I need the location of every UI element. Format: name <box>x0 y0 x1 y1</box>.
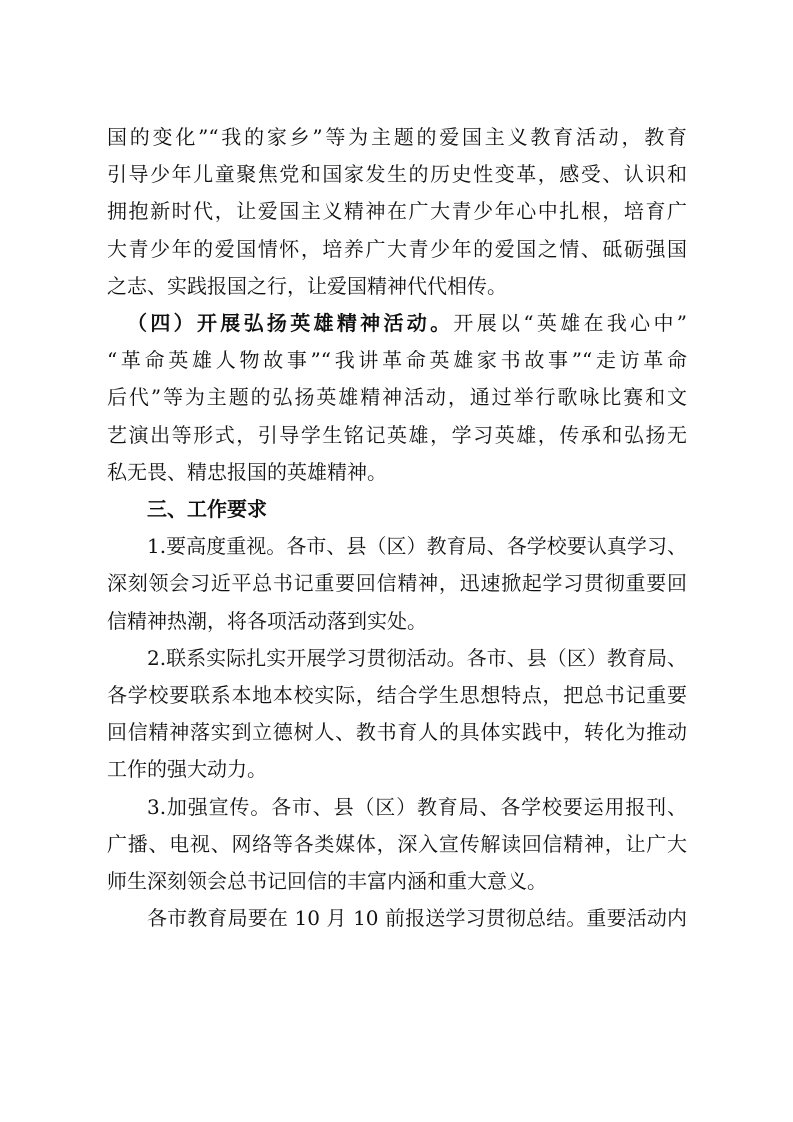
text-line: 之志、实践报国之行，让爱国精神代代相传。 <box>107 268 687 305</box>
text-line: 各市教育局要在 10 月 10 前报送学习贯彻总结。重要活动内 <box>107 900 687 937</box>
text-line: 拥抱新时代，让爱国主义精神在广大青少年心中扎根，培育广 <box>107 193 687 230</box>
text-line: 后代”等为主题的弘扬英雄精神活动，通过举行歌咏比赛和文 <box>107 379 687 416</box>
text-line: （四）开展弘扬英雄精神活动。开展以“英雄在我心中” <box>107 305 687 342</box>
item-3-publicity: 3.加强宣传。各市、县（区）教育局、各学校要运用报刊、 广播、电视、网络等各类媒… <box>107 789 687 901</box>
paragraph-patriotic-education: 国的变化”“我的家乡”等为主题的爱国主义教育活动，教育 引导少年儿童聚焦党和国家… <box>107 119 687 305</box>
text-line: 2.联系实际扎实开展学习贯彻活动。各市、县（区）教育局、 <box>107 640 687 677</box>
text-run: 开展以“英雄在我心中” <box>453 311 687 335</box>
text-line: 1.要高度重视。各市、县（区）教育局、各学校要认真学习、 <box>107 528 687 565</box>
paragraph-submission-deadline: 各市教育局要在 10 月 10 前报送学习贯彻总结。重要活动内 <box>107 900 687 937</box>
text-line: 回信精神落实到立德树人、教书育人的具体实践中，转化为推动 <box>107 714 687 751</box>
item-2-practical-activities: 2.联系实际扎实开展学习贯彻活动。各市、县（区）教育局、 各学校要联系本地本校实… <box>107 640 687 789</box>
text-line: 艺演出等形式，引导学生铭记英雄，学习英雄，传承和弘扬无 <box>107 417 687 454</box>
text-line: 大青少年的爱国情怀，培养广大青少年的爱国之情、砥砺强国 <box>107 231 687 268</box>
text-line: 各学校要联系本地本校实际，结合学生思想特点，把总书记重要 <box>107 677 687 714</box>
text-line: 广播、电视、网络等各类媒体，深入宣传解读回信精神，让广大 <box>107 826 687 863</box>
subsection-title: （四）开展弘扬英雄精神活动。 <box>127 311 453 335</box>
text-line: 私无畏、精忠报国的英雄精神。 <box>107 454 687 491</box>
section-heading: 三、工作要求 <box>107 491 687 528</box>
text-line: 国的变化”“我的家乡”等为主题的爱国主义教育活动，教育 <box>107 119 687 156</box>
text-line: 师生深刻领会总书记回信的丰富内涵和重大意义。 <box>107 863 687 900</box>
document-page: 国的变化”“我的家乡”等为主题的爱国主义教育活动，教育 引导少年儿童聚焦党和国家… <box>107 119 687 937</box>
text-line: 工作的强大动力。 <box>107 751 687 788</box>
item-1-high-priority: 1.要高度重视。各市、县（区）教育局、各学校要认真学习、 深刻领会习近平总书记重… <box>107 528 687 640</box>
paragraph-hero-spirit: （四）开展弘扬英雄精神活动。开展以“英雄在我心中” “革命英雄人物故事”“我讲革… <box>107 305 687 491</box>
text-line: “革命英雄人物故事”“我讲革命英雄家书故事”“走访革命 <box>107 342 687 379</box>
text-line: 引导少年儿童聚焦党和国家发生的历史性变革，感受、认识和 <box>107 156 687 193</box>
text-line: 信精神热潮，将各项活动落到实处。 <box>107 603 687 640</box>
text-line: 3.加强宣传。各市、县（区）教育局、各学校要运用报刊、 <box>107 789 687 826</box>
section-heading-work-requirements: 三、工作要求 <box>107 491 687 528</box>
text-line: 深刻领会习近平总书记重要回信精神，迅速掀起学习贯彻重要回 <box>107 565 687 602</box>
